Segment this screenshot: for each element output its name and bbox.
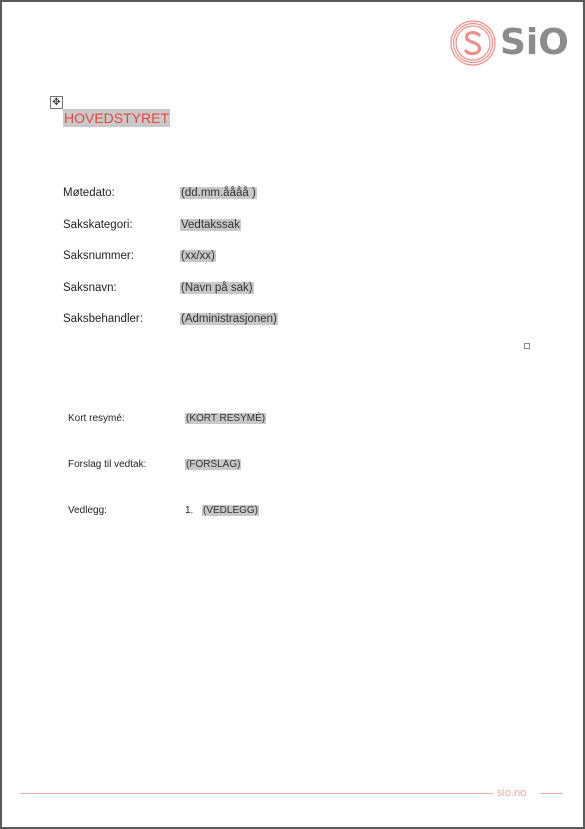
field-label: Saksbehandler: bbox=[63, 313, 143, 325]
field-value-placeholder[interactable]: (xx/xx) bbox=[180, 250, 216, 262]
field-value-placeholder[interactable]: (VEDLEGG) bbox=[202, 505, 259, 516]
field-value-placeholder[interactable]: (Administrasjonen) bbox=[180, 313, 278, 325]
document-page: SiO ✥ HOVEDSTYRET Møtedato: (dd.mm.åååå … bbox=[2, 2, 583, 827]
footer-divider-left bbox=[20, 793, 493, 794]
logo-text: SiO bbox=[500, 22, 569, 63]
field-label: Sakskategori: bbox=[63, 219, 133, 231]
field-label: Vedlegg: bbox=[68, 505, 107, 516]
field-label: Forslag til vedtak: bbox=[68, 459, 146, 470]
sio-logo: SiO bbox=[449, 19, 569, 67]
field-label: Saksnummer: bbox=[63, 250, 134, 262]
footer-website: sio.no bbox=[497, 787, 526, 799]
field-label: Møtedato: bbox=[63, 187, 115, 199]
field-value-placeholder[interactable]: (Navn på sak) bbox=[180, 282, 254, 294]
field-label: Saksnavn: bbox=[63, 282, 117, 294]
field-value-placeholder[interactable]: (FORSLAG) bbox=[185, 459, 241, 470]
table-resize-handle-icon[interactable] bbox=[524, 343, 530, 349]
field-value-placeholder[interactable]: (KORT RESYMÉ) bbox=[185, 413, 266, 424]
document-title: HOVEDSTYRET bbox=[63, 109, 170, 127]
table-move-handle-icon[interactable]: ✥ bbox=[50, 96, 63, 109]
field-value-placeholder[interactable]: Vedtakssak bbox=[180, 219, 241, 231]
list-number: 1. bbox=[185, 505, 193, 516]
footer-divider-right bbox=[540, 793, 563, 794]
field-value-placeholder[interactable]: (dd.mm.åååå ) bbox=[180, 187, 257, 199]
sio-circle-s-logo-icon bbox=[449, 19, 497, 67]
field-label: Kort resymé: bbox=[68, 413, 125, 424]
